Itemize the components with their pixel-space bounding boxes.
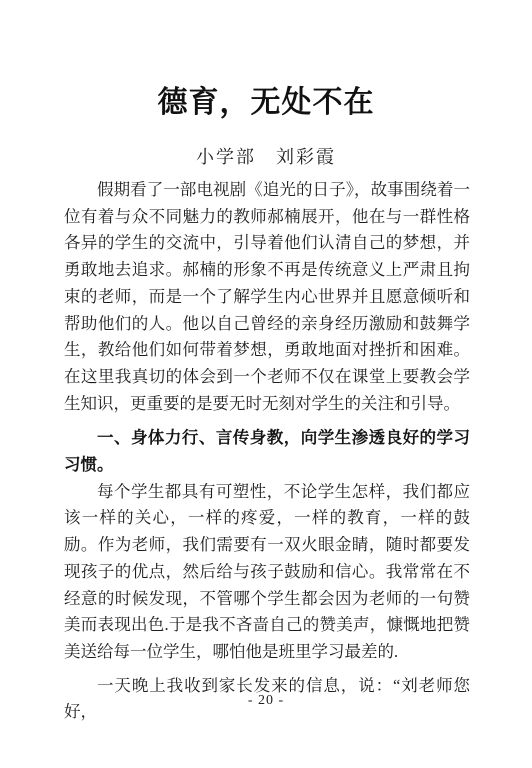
document-page: 德育，无处不在 小学部 刘彩霞 假期看了一部电视剧《追光的日子》，故事围绕着一位… [0, 0, 532, 768]
paragraph-body: 每个学生都具有可塑性，不论学生怎样，我们都应该一样的关心，一样的疼爱，一样的教育… [64, 479, 470, 666]
section-heading: 一、身体力行、言传身教，向学生渗透良好的学习习惯。 [64, 425, 470, 478]
document-title: 德育，无处不在 [0, 84, 532, 122]
page-number: - 20 - [0, 693, 532, 709]
paragraph-intro: 假期看了一部电视剧《追光的日子》，故事围绕着一位有着与众不同魅力的教师郝楠展开，… [64, 177, 470, 417]
document-byline: 小学部 刘彩霞 [0, 145, 532, 169]
document-body: 假期看了一部电视剧《追光的日子》，故事围绕着一位有着与众不同魅力的教师郝楠展开，… [64, 177, 470, 726]
